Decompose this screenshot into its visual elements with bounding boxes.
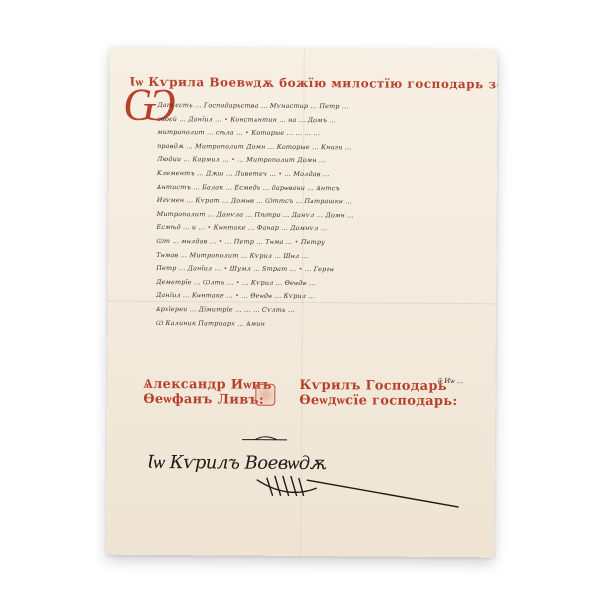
marginal-note: ѿ Иѡ ... (437, 377, 463, 385)
closing-title-right: Кѵрилъ Господарь Ѳеѡдѡсїе господарь: (299, 378, 457, 409)
body-text-line: Ѡ Калиник Патриарх ... Ѧмин (156, 316, 478, 332)
closing-left-line: Ѳеѡфанъ Ливъ: (143, 392, 271, 408)
wax-seal-icon (255, 384, 275, 406)
closing-left-line: Ѧлександр Иѡнъ (143, 377, 271, 393)
closing-title-left: Ѧлександр Иѡнъ Ѳеѡфанъ Ливъ: (143, 377, 272, 408)
document-heading: Ꙇѡ Кѵрила Воевѡдѫ божїю милостїю господа… (129, 75, 489, 93)
document-body: Дат єсть ... Господарьства ... Мѵнастир … (156, 99, 480, 332)
closing-right-line: Ѳеѡдѡсїе господарь: (299, 393, 457, 409)
signature: Ꙇѡ Кѵрилъ Воевѡдѫ (147, 452, 326, 474)
manuscript-sheet: Ꙇѡ Кѵрила Воевѡдѫ божїю милостїю господа… (106, 47, 498, 558)
closing-right-line: Кѵрилъ Господарь (299, 378, 457, 394)
